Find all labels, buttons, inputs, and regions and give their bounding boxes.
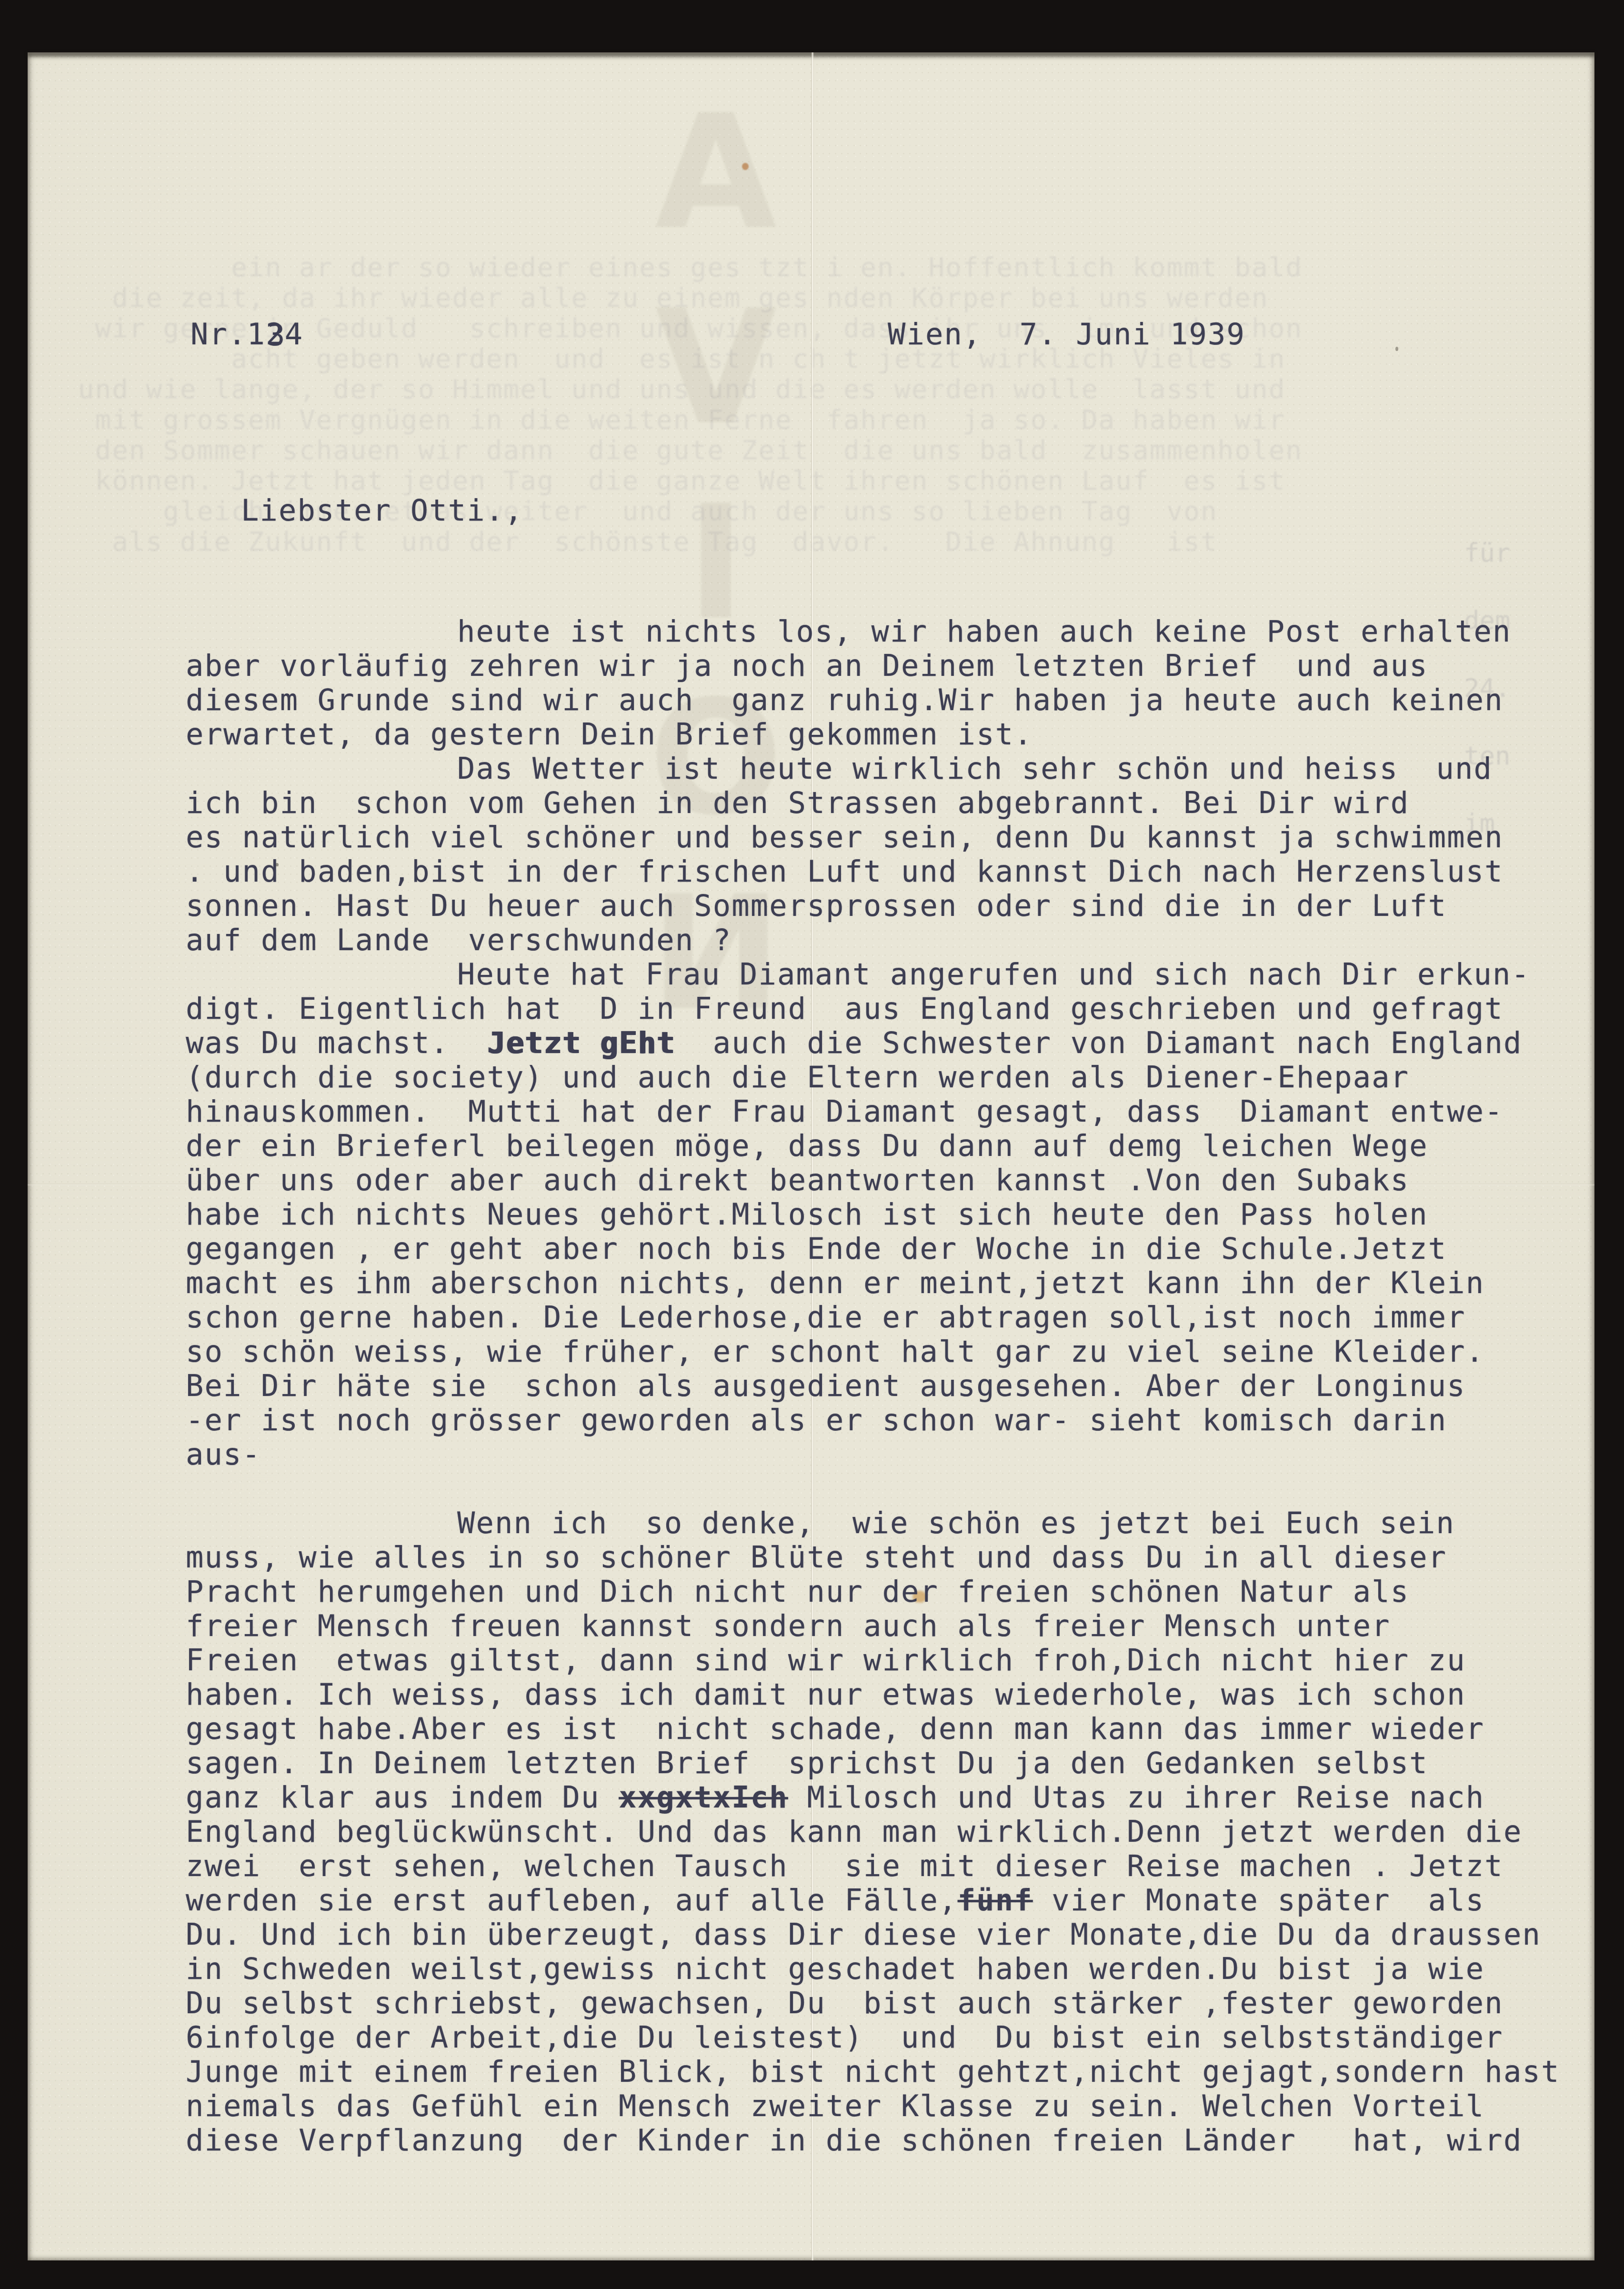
- letter-line: der ein Brieferl beilegen möge, dass Du …: [186, 1129, 1572, 1163]
- salutation: Liebster Otti.,: [241, 493, 523, 528]
- letter-line: Junge mit einem freien Blick, bist nicht…: [186, 2055, 1572, 2089]
- letter-line: ich bin schon vom Gehen in den Strassen …: [186, 786, 1572, 820]
- letter-line: Pracht herumgehen und Dich nicht nur der…: [186, 1575, 1572, 1609]
- letter-line: so schön weiss, wie früher, er schont ha…: [186, 1335, 1572, 1369]
- photo-scan: { "scan": { "background_color": "#141110…: [0, 0, 1624, 2289]
- letter-line: Das Wetter ist heute wirklich sehr schön…: [186, 752, 1572, 786]
- letter-line: Freien etwas giltst, dann sind wir wirkl…: [186, 1643, 1572, 1677]
- letter-body: heute ist nichts los, wir haben auch kei…: [186, 614, 1572, 2158]
- letter-line: was Du machst. Jetzt gEht auch die Schwe…: [186, 1026, 1572, 1060]
- letter-line: diese Verpflanzung der Kinder in die sch…: [186, 2123, 1572, 2158]
- letter-line: werden sie erst aufleben, auf alle Fälle…: [186, 1883, 1572, 1918]
- letter-line: freier Mensch freuen kannst sondern auch…: [186, 1609, 1572, 1643]
- letter-line: England beglückwünscht. Und das kann man…: [186, 1815, 1572, 1849]
- letter-line: Du. Und ich bin überzeugt, dass Dir dies…: [186, 1918, 1572, 1952]
- letter-line: erwartet, da gestern Dein Brief gekommen…: [186, 717, 1572, 752]
- letter-line: auf dem Lande verschwunden ?: [186, 923, 1572, 957]
- letter-line: diesem Grunde sind wir auch ganz ruhig.W…: [186, 683, 1572, 717]
- letter-line: Bei Dir häte sie schon als ausgedient au…: [186, 1369, 1572, 1403]
- letter-line: digt. Eigentlich hat D in Freund aus Eng…: [186, 992, 1572, 1026]
- letter-line: -er ist noch grösser geworden als er sch…: [186, 1403, 1572, 1437]
- letter-line: über uns oder aber auch direkt beantwort…: [186, 1163, 1572, 1197]
- letter-line: 6infolge der Arbeit,die Du leistest) und…: [186, 2020, 1572, 2055]
- paragraph: Heute hat Frau Diamant angerufen und sic…: [186, 957, 1572, 1472]
- letter-line: Wenn ich so denke, wie schön es jetzt be…: [186, 1506, 1572, 1540]
- letter-line: ganz klar aus indem Du xxgxtxIch Milosch…: [186, 1780, 1572, 1815]
- letter-line: habe ich nichts Neues gehört.Milosch ist…: [186, 1197, 1572, 1232]
- paragraph: Wenn ich so denke, wie schön es jetzt be…: [186, 1506, 1572, 2158]
- typewritten-letter: Nr.1234 Wien, 7. Juni 1939 Liebster Otti…: [28, 52, 1594, 2260]
- letter-line: aus-: [186, 1437, 1572, 1472]
- letter-line: hinauskommen. Mutti hat der Frau Diamant…: [186, 1094, 1572, 1129]
- letter-line: gegangen , er geht aber noch bis Ende de…: [186, 1232, 1572, 1266]
- letter-page: AVION ein ar der so wieder eines ges tzt…: [28, 52, 1594, 2260]
- letter-line: (durch die society) und auch die Eltern …: [186, 1060, 1572, 1094]
- letter-line: Du selbst schriebst, gewachsen, Du bist …: [186, 1986, 1572, 2020]
- letter-line: Heute hat Frau Diamant angerufen und sic…: [186, 957, 1572, 992]
- letter-line: haben. Ich weiss, dass ich damit nur etw…: [186, 1677, 1572, 1712]
- letter-number: Nr.1234: [190, 317, 303, 351]
- letter-line: macht es ihm aberschon nichts, denn er m…: [186, 1266, 1572, 1300]
- letter-line: gesagt habe.Aber es ist nicht schade, de…: [186, 1712, 1572, 1746]
- letter-line: schon gerne haben. Die Lederhose,die er …: [186, 1300, 1572, 1335]
- letter-line: aber vorläufig zehren wir ja noch an Dei…: [186, 649, 1572, 683]
- letter-line: muss, wie alles in so schöner Blüte steh…: [186, 1540, 1572, 1575]
- letter-line: sonnen. Hast Du heuer auch Sommersprosse…: [186, 889, 1572, 923]
- paragraph: heute ist nichts los, wir haben auch kei…: [186, 614, 1572, 752]
- letter-line: niemals das Gefühl ein Mensch zweiter Kl…: [186, 2089, 1572, 2123]
- letter-line: heute ist nichts los, wir haben auch kei…: [186, 614, 1572, 649]
- paragraph: Das Wetter ist heute wirklich sehr schön…: [186, 752, 1572, 957]
- letter-line: sagen. In Deinem letzten Brief sprichst …: [186, 1746, 1572, 1780]
- letter-line: in Schweden weilst,gewiss nicht geschade…: [186, 1952, 1572, 1986]
- letter-line: zwei erst sehen, welchen Tausch sie mit …: [186, 1849, 1572, 1883]
- letter-line: . und baden,bist in der frischen Luft un…: [186, 854, 1572, 889]
- letter-line: es natürlich viel schöner und besser sei…: [186, 820, 1572, 854]
- dateline: Wien, 7. Juni 1939: [888, 317, 1245, 351]
